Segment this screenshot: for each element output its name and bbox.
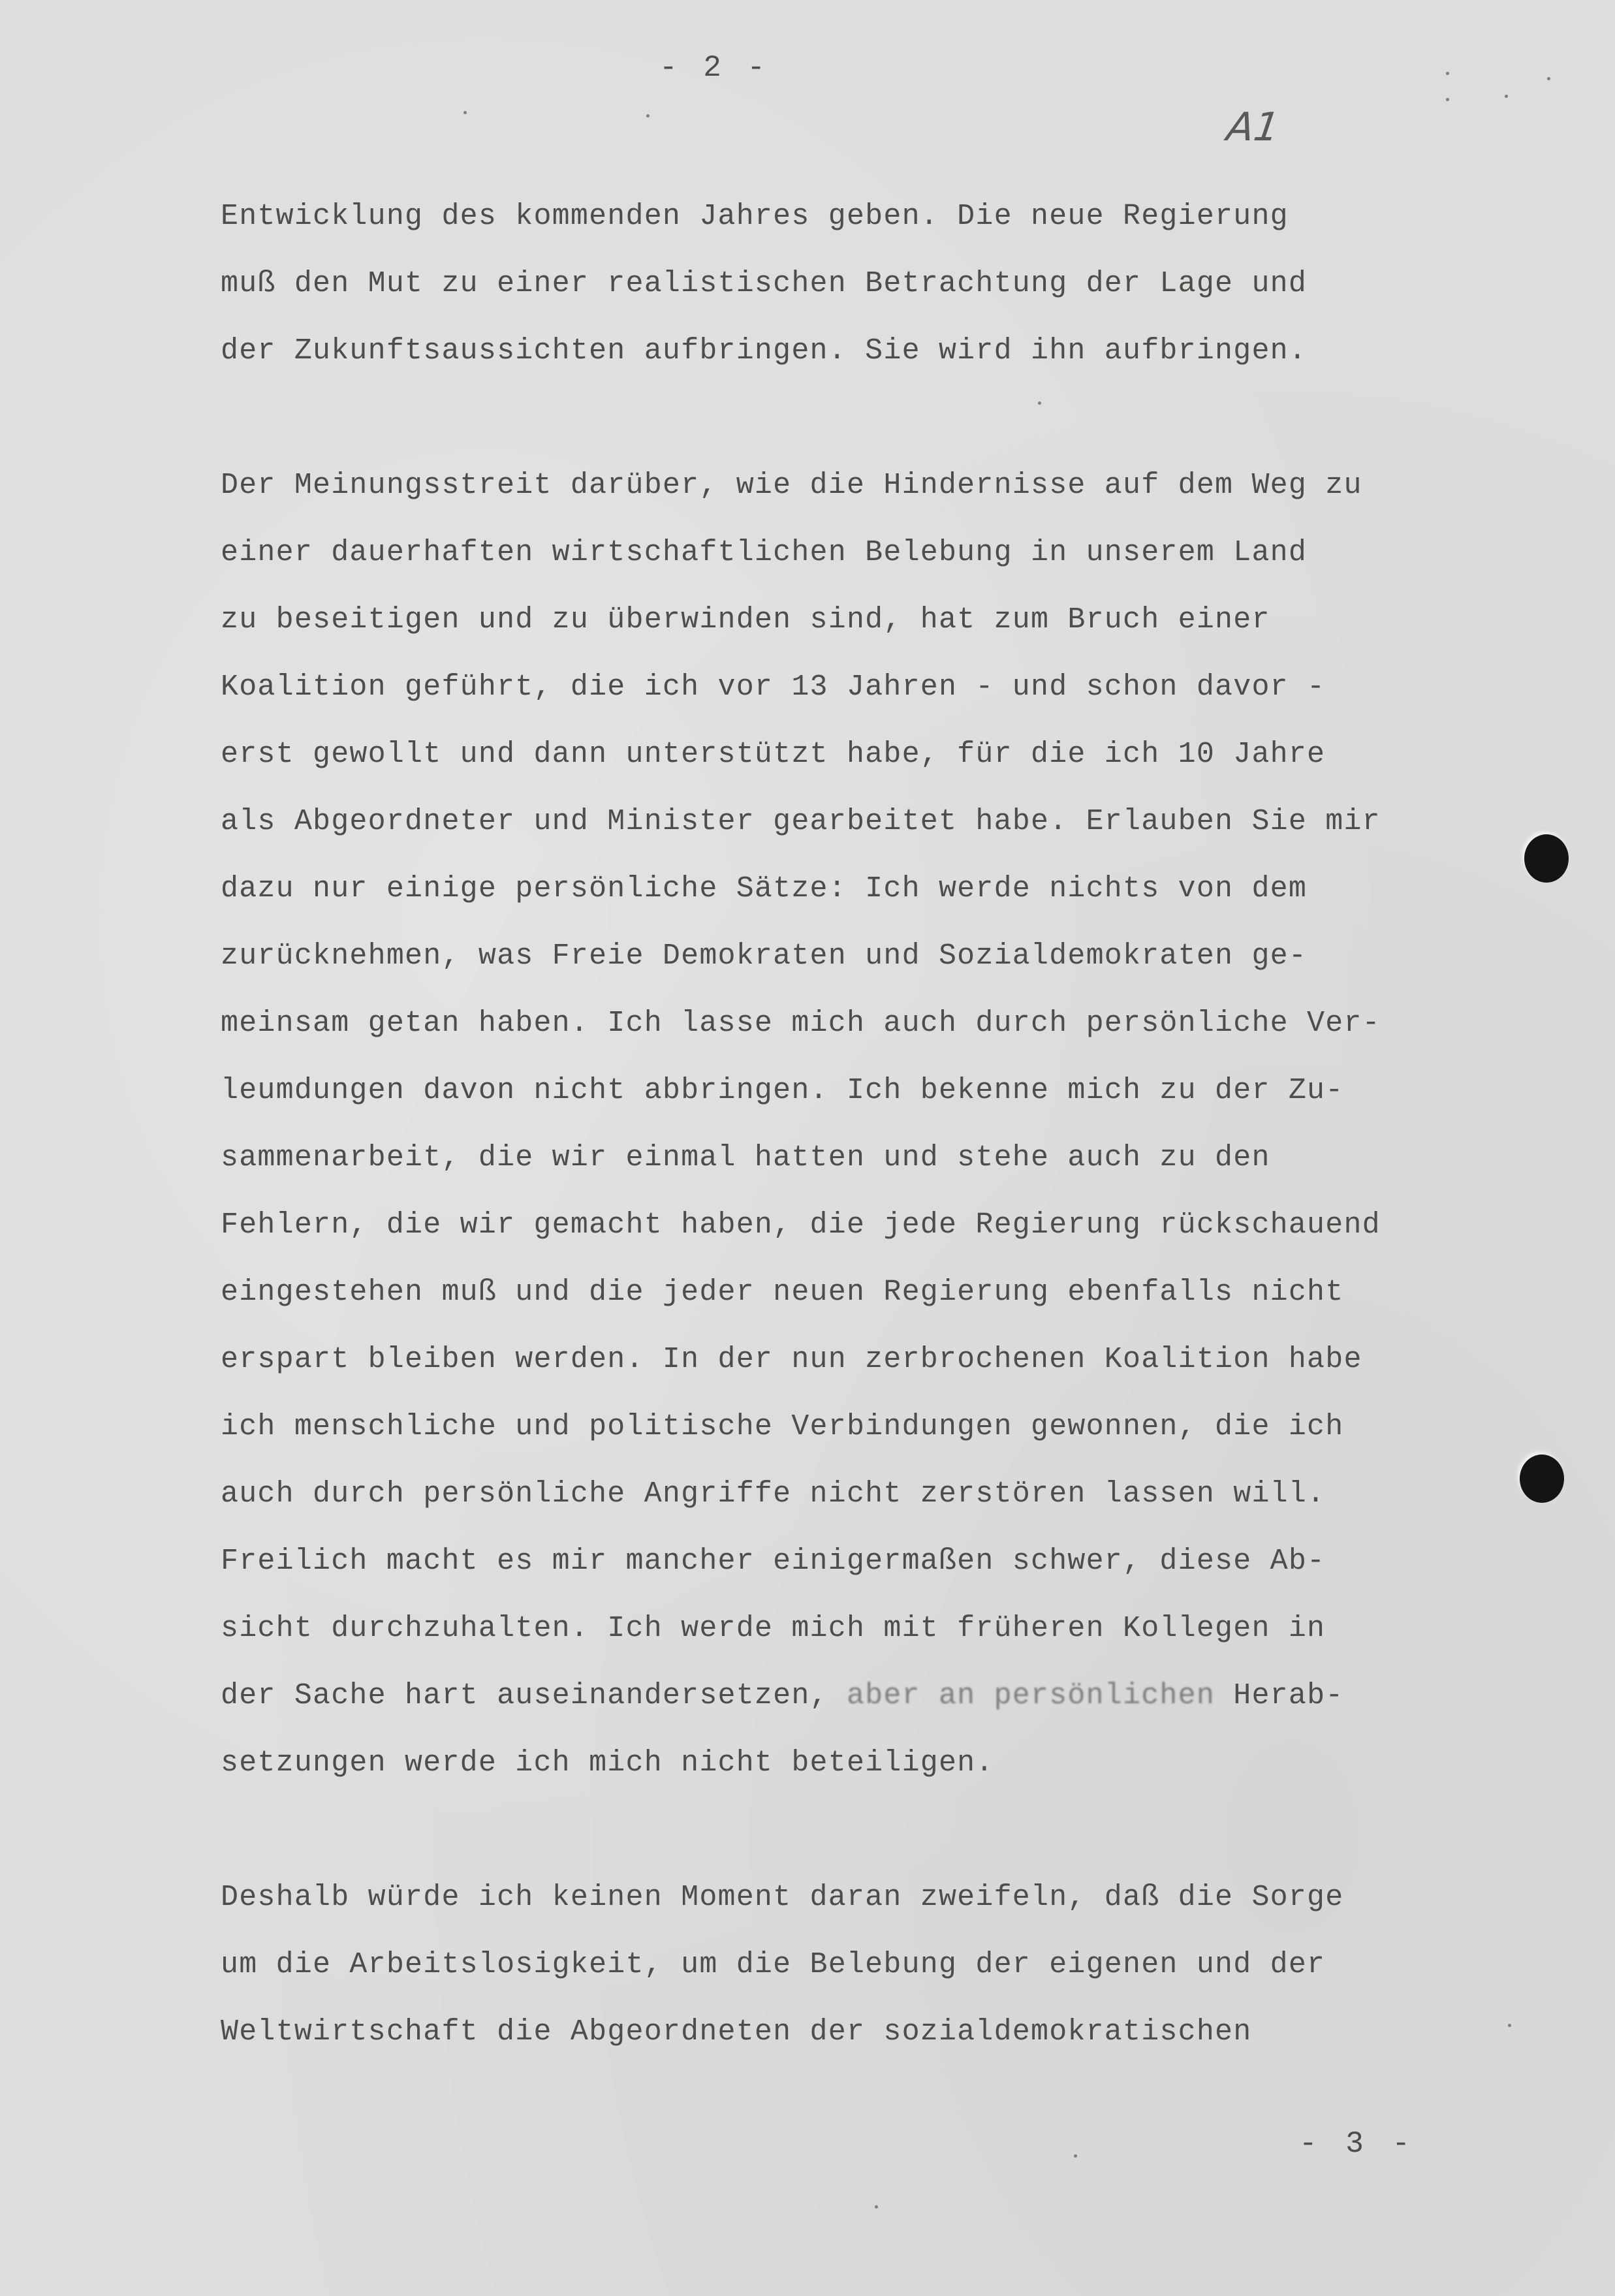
smudged-text: aber an persönlichen xyxy=(847,1662,1215,1729)
text-line: leumdungen davon nicht abbringen. Ich be… xyxy=(221,1057,1513,1124)
text-line: erst gewollt und dann unterstützt habe, … xyxy=(221,721,1513,788)
text-line: Der Meinungsstreit darüber, wie die Hind… xyxy=(221,452,1513,519)
smudged-text-line: der Sache hart auseinandersetzen, aber a… xyxy=(221,1662,1513,1729)
text-line: sicht durchzuhalten. Ich werde mich mit … xyxy=(221,1595,1513,1662)
text-line: Weltwirtschaft die Abgeordneten der sozi… xyxy=(221,1998,1513,2066)
paper-speck xyxy=(646,114,650,118)
text-line: zu beseitigen und zu überwinden sind, ha… xyxy=(221,586,1513,653)
text-line: Koalition geführt, die ich vor 13 Jahren… xyxy=(221,653,1513,721)
punch-hole-bottom xyxy=(1520,1455,1564,1503)
text-line: sammenarbeit, die wir einmal hatten und … xyxy=(221,1124,1513,1191)
text-line: Fehlern, die wir gemacht haben, die jede… xyxy=(221,1191,1513,1259)
text-line: setzungen werde ich mich nicht beteilige… xyxy=(221,1729,1513,1797)
text-line: Entwicklung des kommenden Jahres geben. … xyxy=(221,183,1513,250)
text-line: meinsam getan haben. Ich lasse mich auch… xyxy=(221,990,1513,1057)
text-line: Freilich macht es mir mancher einigermaß… xyxy=(221,1528,1513,1595)
paper-speck xyxy=(1508,2024,1511,2027)
text-segment: Herab- xyxy=(1215,1679,1343,1712)
document-page: - 2 - A1 Entwicklung des kommenden Jahre… xyxy=(0,0,1615,2296)
text-line: dazu nur einige persönliche Sätze: Ich w… xyxy=(221,855,1513,922)
text-line: ich menschliche und politische Verbindun… xyxy=(221,1393,1513,1460)
paper-speck xyxy=(1446,72,1449,75)
text-line: Deshalb würde ich keinen Moment daran zw… xyxy=(221,1864,1513,1931)
text-line: einer dauerhaften wirtschaftlichen Beleb… xyxy=(221,519,1513,586)
paper-speck xyxy=(875,2205,878,2209)
paragraph-3: Deshalb würde ich keinen Moment daran zw… xyxy=(221,1864,1513,2066)
text-line: muß den Mut zu einer realistischen Betra… xyxy=(221,250,1513,317)
paragraph-2: Der Meinungsstreit darüber, wie die Hind… xyxy=(221,452,1513,1797)
text-line: der Zukunftsaussichten aufbringen. Sie w… xyxy=(221,317,1513,385)
text-line: erspart bleiben werden. In der nun zerbr… xyxy=(221,1326,1513,1393)
paper-speck xyxy=(1547,77,1550,80)
text-line: zurücknehmen, was Freie Demokraten und S… xyxy=(221,922,1513,990)
paper-speck xyxy=(463,111,467,114)
paper-speck xyxy=(1505,95,1508,98)
body-text: Entwicklung des kommenden Jahres geben. … xyxy=(221,183,1513,2066)
text-line: um die Arbeitslosigkeit, um die Belebung… xyxy=(221,1931,1513,1998)
text-line: auch durch persönliche Angriffe nicht ze… xyxy=(221,1460,1513,1528)
handwritten-annotation: A1 xyxy=(1224,104,1282,150)
paragraph-1: Entwicklung des kommenden Jahres geben. … xyxy=(221,183,1513,385)
paper-speck xyxy=(1038,401,1041,405)
page-number-footer: - 3 - xyxy=(1299,2127,1415,2161)
text-line: eingestehen muß und die jeder neuen Regi… xyxy=(221,1259,1513,1326)
paper-speck xyxy=(1074,2154,1077,2158)
punch-hole-top xyxy=(1524,834,1569,883)
text-line: als Abgeordneter und Minister gearbeitet… xyxy=(221,788,1513,855)
text-segment: der Sache hart auseinandersetzen, xyxy=(221,1679,847,1712)
page-number-header: - 2 - xyxy=(659,51,769,85)
paper-speck xyxy=(1446,98,1449,101)
